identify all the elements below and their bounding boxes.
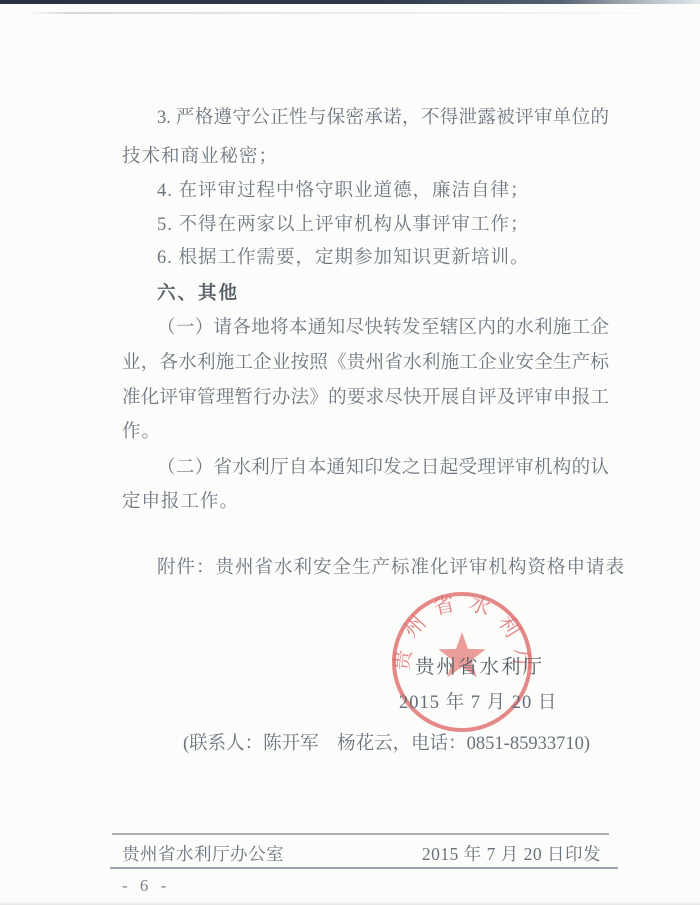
text-line: 作。 [122, 421, 609, 444]
text-line: 技术和商业秘密； [122, 146, 609, 169]
text-line: 业，各水利施工企业按照《贵州省水利施工企业安全生产标 [122, 352, 609, 375]
scanned-document-page: 3. 严格遵守公正性与保密承诺，不得泄露被评审单位的 技术和商业秘密； 4. 在… [0, 0, 700, 905]
footer-rule-bottom [110, 867, 618, 869]
footer-print-date: 2015 年 7 月 20 日印发 [422, 841, 601, 866]
footer-row: 贵州省水利厅办公室 2015 年 7 月 20 日印发 [122, 841, 601, 866]
scan-crease-line [28, 12, 683, 14]
text-line: 准化评审管理暂行办法》的要求尽快开展自评及评审申报工 [122, 387, 609, 410]
text-line: （二）省水利厅自本通知印发之日起受理评审机构的认 [122, 457, 609, 480]
page-number: - 6 - [122, 876, 170, 896]
text-line: 定申报工作。 [122, 491, 609, 514]
scan-top-edge [0, 0, 700, 4]
signature-organization: 贵州省水利厅 [415, 651, 544, 679]
section-heading: 六、其他 [122, 283, 609, 306]
text-line: （一）请各地将本通知尽快转发至辖区内的水利施工企 [122, 317, 609, 340]
signature-date: 2015 年 7 月 20 日 [399, 688, 557, 714]
footer-rule-top [112, 833, 609, 835]
text-line: 6. 根据工作需要，定期参加知识更新培训。 [122, 247, 609, 270]
text-line: 4. 在评审过程中恪守职业道德，廉洁自律； [122, 180, 609, 203]
footer-office: 贵州省水利厅办公室 [122, 841, 284, 866]
contact-line: (联系人：陈开军 杨花云，电话：0851-85933710) [183, 729, 590, 755]
text-line: 5. 不得在两家以上评审机构从事评审工作； [122, 214, 609, 237]
text-line: 3. 严格遵守公正性与保密承诺，不得泄露被评审单位的 [122, 107, 609, 130]
